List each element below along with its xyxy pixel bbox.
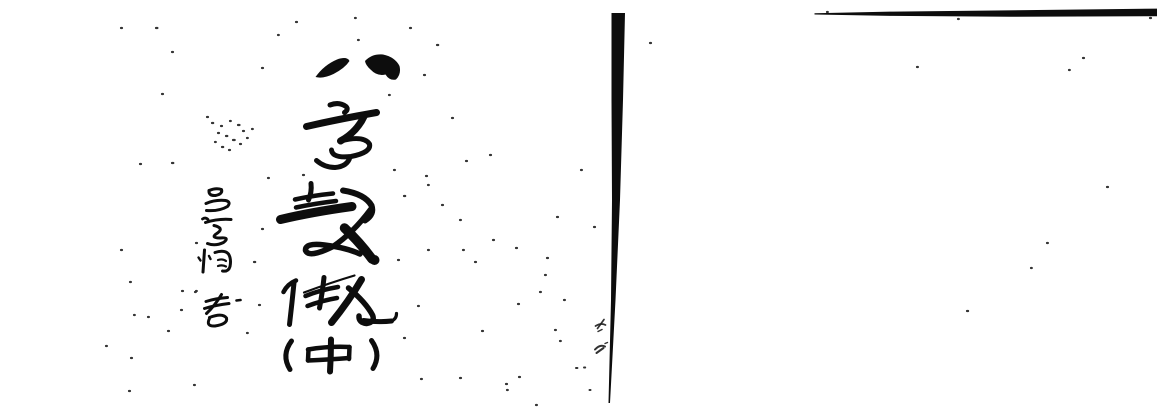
spine-gutter-shadow (609, 13, 626, 403)
ink-stroke (330, 340, 331, 372)
author-suffix-zhu: 著 (205, 295, 241, 327)
ink-stroke (208, 226, 227, 245)
ink-stroke (316, 58, 350, 78)
scan-image: 八字叢微 八 字 叢 (0, 0, 1168, 413)
ink-stroke (208, 315, 226, 326)
ink-stroke (206, 200, 229, 210)
title-char-4: 微 (284, 276, 397, 325)
ink-stroke (372, 341, 377, 369)
ink-stroke (209, 189, 222, 196)
ink-stroke (609, 13, 626, 403)
ink-stroke (392, 314, 397, 322)
ink-stroke (237, 300, 241, 301)
ink-stroke (203, 250, 205, 272)
noise-specks (106, 12, 1151, 405)
ink-stroke (295, 194, 333, 200)
ink-stroke (330, 104, 347, 113)
ink-stroke (598, 330, 602, 332)
pencil-annotation (576, 320, 608, 391)
ink-stroke (349, 288, 374, 324)
author-char-lv (206, 189, 229, 211)
ink-stroke (218, 265, 226, 266)
ink-stroke (199, 258, 201, 261)
author-char-xun (199, 250, 231, 272)
title-char-1: 八 (316, 54, 401, 79)
book-scan-spread: 八字叢微 八 字 叢 (0, 0, 1168, 413)
ink-stroke (290, 283, 295, 325)
ink-stroke (815, 9, 1158, 17)
ink-stroke (364, 321, 392, 322)
right-page-top-rule (815, 9, 1158, 17)
title-char-2: 字 (307, 104, 377, 168)
ink-stroke (597, 348, 604, 353)
ink-stroke (370, 255, 380, 265)
ink-stroke (281, 207, 353, 220)
author-column: 呂家恂 著 著 (199, 189, 241, 326)
title-char-3: 叢 (281, 184, 380, 266)
ink-stroke (209, 256, 211, 259)
volume-label: （中） (286, 340, 377, 372)
ink-stroke (286, 341, 292, 370)
ink-stroke (576, 368, 591, 391)
ink-stroke (605, 343, 608, 344)
ink-stroke (308, 350, 309, 361)
ink-stroke (218, 259, 226, 261)
ink-stroke (365, 54, 400, 79)
book-title-column: 八字叢微 八 字 叢 (281, 54, 401, 371)
ink-stroke (215, 251, 231, 271)
ink-stroke (106, 12, 1151, 405)
ink-stroke (203, 218, 209, 219)
author-char-jia (203, 218, 232, 245)
